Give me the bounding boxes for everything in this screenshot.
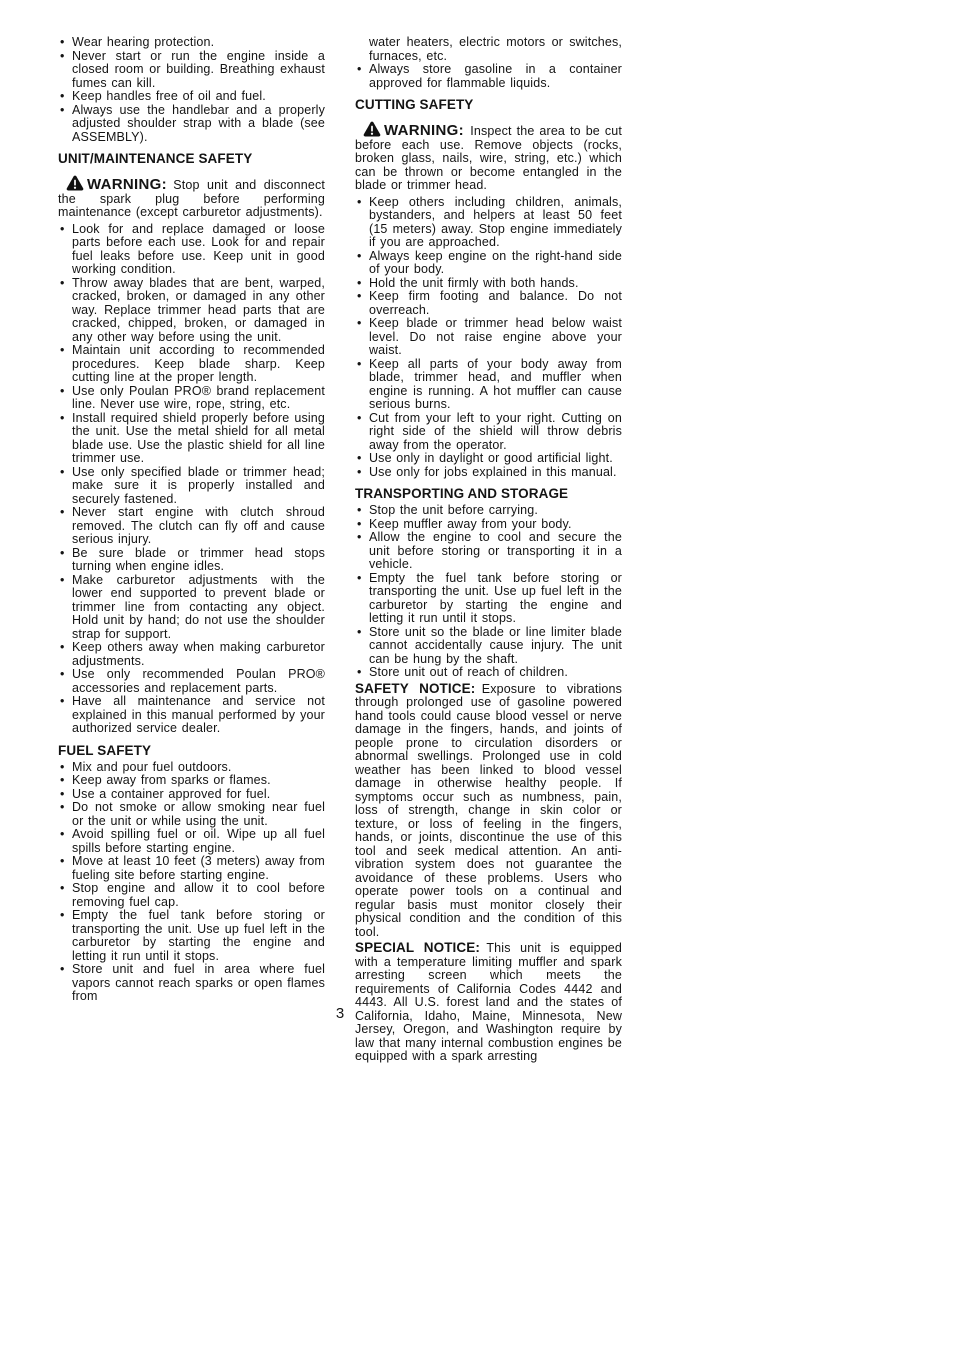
section-heading: FUEL SAFETY <box>58 743 325 758</box>
notice-text: This unit is equipped with a temperature… <box>355 941 622 1063</box>
list-item: Make carburetor adjustments with the low… <box>58 574 325 642</box>
column-left: Wear hearing protection.Never start or r… <box>58 36 325 1064</box>
list-item: Keep all parts of your body away from bl… <box>355 358 622 412</box>
list-item: Have all maintenance and service not exp… <box>58 695 325 736</box>
section-heading: UNIT/MAINTENANCE SAFETY <box>58 151 325 166</box>
list-item: Hold the unit firmly with both hands. <box>355 277 622 291</box>
warning-paragraph: WARNING: Inspect the area to be cut befo… <box>355 121 622 193</box>
list-item: Do not smoke or allow smoking near fuel … <box>58 801 325 828</box>
list-item: Store unit out of reach of children. <box>355 666 622 680</box>
list-item: Empty the fuel tank before storing or tr… <box>58 909 325 963</box>
warning-icon <box>363 121 381 137</box>
warning-icon <box>66 175 84 191</box>
list-item: Never start engine with clutch shroud re… <box>58 506 325 547</box>
notice-paragraph: SPECIAL NOTICE: This unit is equipped wi… <box>355 941 622 1064</box>
list-item: Use only specified blade or trimmer head… <box>58 466 325 507</box>
list-item: Use only for jobs explained in this manu… <box>355 466 622 480</box>
list-item: Allow the engine to cool and secure the … <box>355 531 622 572</box>
notice-label: SPECIAL NOTICE: <box>355 940 480 955</box>
list-item: Look for and replace damaged or loose pa… <box>58 223 325 277</box>
list-item: Mix and pour fuel outdoors. <box>58 761 325 775</box>
warning-triangle-icon <box>363 121 381 137</box>
list-item: Keep away from sparks or flames. <box>58 774 325 788</box>
list-item: Keep firm footing and balance. Do not ov… <box>355 290 622 317</box>
list-item: Always keep engine on the right-hand sid… <box>355 250 622 277</box>
list-item: Move at least 10 feet (3 meters) away fr… <box>58 855 325 882</box>
list-item: Empty the fuel tank before storing or tr… <box>355 572 622 626</box>
list-item: Never start or run the engine inside a c… <box>58 50 325 91</box>
bullet-list: Always store gasoline in a container app… <box>355 63 622 90</box>
bullet-list: Wear hearing protection.Never start or r… <box>58 36 325 144</box>
list-item: Always store gasoline in a container app… <box>355 63 622 90</box>
list-item: Be sure blade or trimmer head stops turn… <box>58 547 325 574</box>
list-item: Stop engine and allow it to cool before … <box>58 882 325 909</box>
list-item: Keep handles free of oil and fuel. <box>58 90 325 104</box>
list-item: Wear hearing protection. <box>58 36 325 50</box>
list-item: Use a container approved for fuel. <box>58 788 325 802</box>
manual-page: Wear hearing protection.Never start or r… <box>0 0 954 1348</box>
list-item: Use only in daylight or good artificial … <box>355 452 622 466</box>
notice-paragraph: SAFETY NOTICE: Exposure to vibrations th… <box>355 682 622 940</box>
warning-triangle-icon <box>66 175 84 191</box>
section-heading: CUTTING SAFETY <box>355 97 622 112</box>
list-item: Store unit and fuel in area where fuel v… <box>58 963 325 1004</box>
list-item: Avoid spilling fuel or oil. Wipe up all … <box>58 828 325 855</box>
column-right: water heaters, electric motors or switch… <box>355 36 622 1064</box>
bullet-list: Keep others including children, animals,… <box>355 196 622 480</box>
bullet-list: Stop the unit before carrying.Keep muffl… <box>355 504 622 680</box>
list-item: Throw away blades that are bent, warped,… <box>58 277 325 345</box>
list-item: Keep others including children, animals,… <box>355 196 622 250</box>
list-item: Cut from your left to your right. Cuttin… <box>355 412 622 453</box>
continuation-text: water heaters, electric motors or switch… <box>355 36 622 63</box>
list-item: Keep others away when making carburetor … <box>58 641 325 668</box>
warning-label: WARNING: <box>384 122 464 139</box>
notice-text: Exposure to vibrations through prolonged… <box>355 682 622 939</box>
page-number: 3 <box>58 1005 622 1022</box>
list-item: Use only recommended Poulan PRO® accesso… <box>58 668 325 695</box>
page-content: Wear hearing protection.Never start or r… <box>58 36 622 1064</box>
bullet-list: Look for and replace damaged or loose pa… <box>58 223 325 736</box>
two-column-layout: Wear hearing protection.Never start or r… <box>58 36 622 1064</box>
bullet-list: Mix and pour fuel outdoors.Keep away fro… <box>58 761 325 1004</box>
list-item: Keep muffler away from your body. <box>355 518 622 532</box>
list-item: Stop the unit before carrying. <box>355 504 622 518</box>
list-item: Always use the handlebar and a properly … <box>58 104 325 145</box>
list-item: Keep blade or trimmer head below waist l… <box>355 317 622 358</box>
list-item: Store unit so the blade or line limiter … <box>355 626 622 667</box>
list-item: Use only Poulan PRO® brand replacement l… <box>58 385 325 412</box>
notice-label: SAFETY NOTICE: <box>355 681 475 696</box>
section-heading: TRANSPORTING AND STORAGE <box>355 486 622 501</box>
warning-paragraph: WARNING: Stop unit and disconnect the sp… <box>58 175 325 220</box>
list-item: Install required shield properly before … <box>58 412 325 466</box>
list-item: Maintain unit according to recommended p… <box>58 344 325 385</box>
warning-label: WARNING: <box>87 176 167 193</box>
